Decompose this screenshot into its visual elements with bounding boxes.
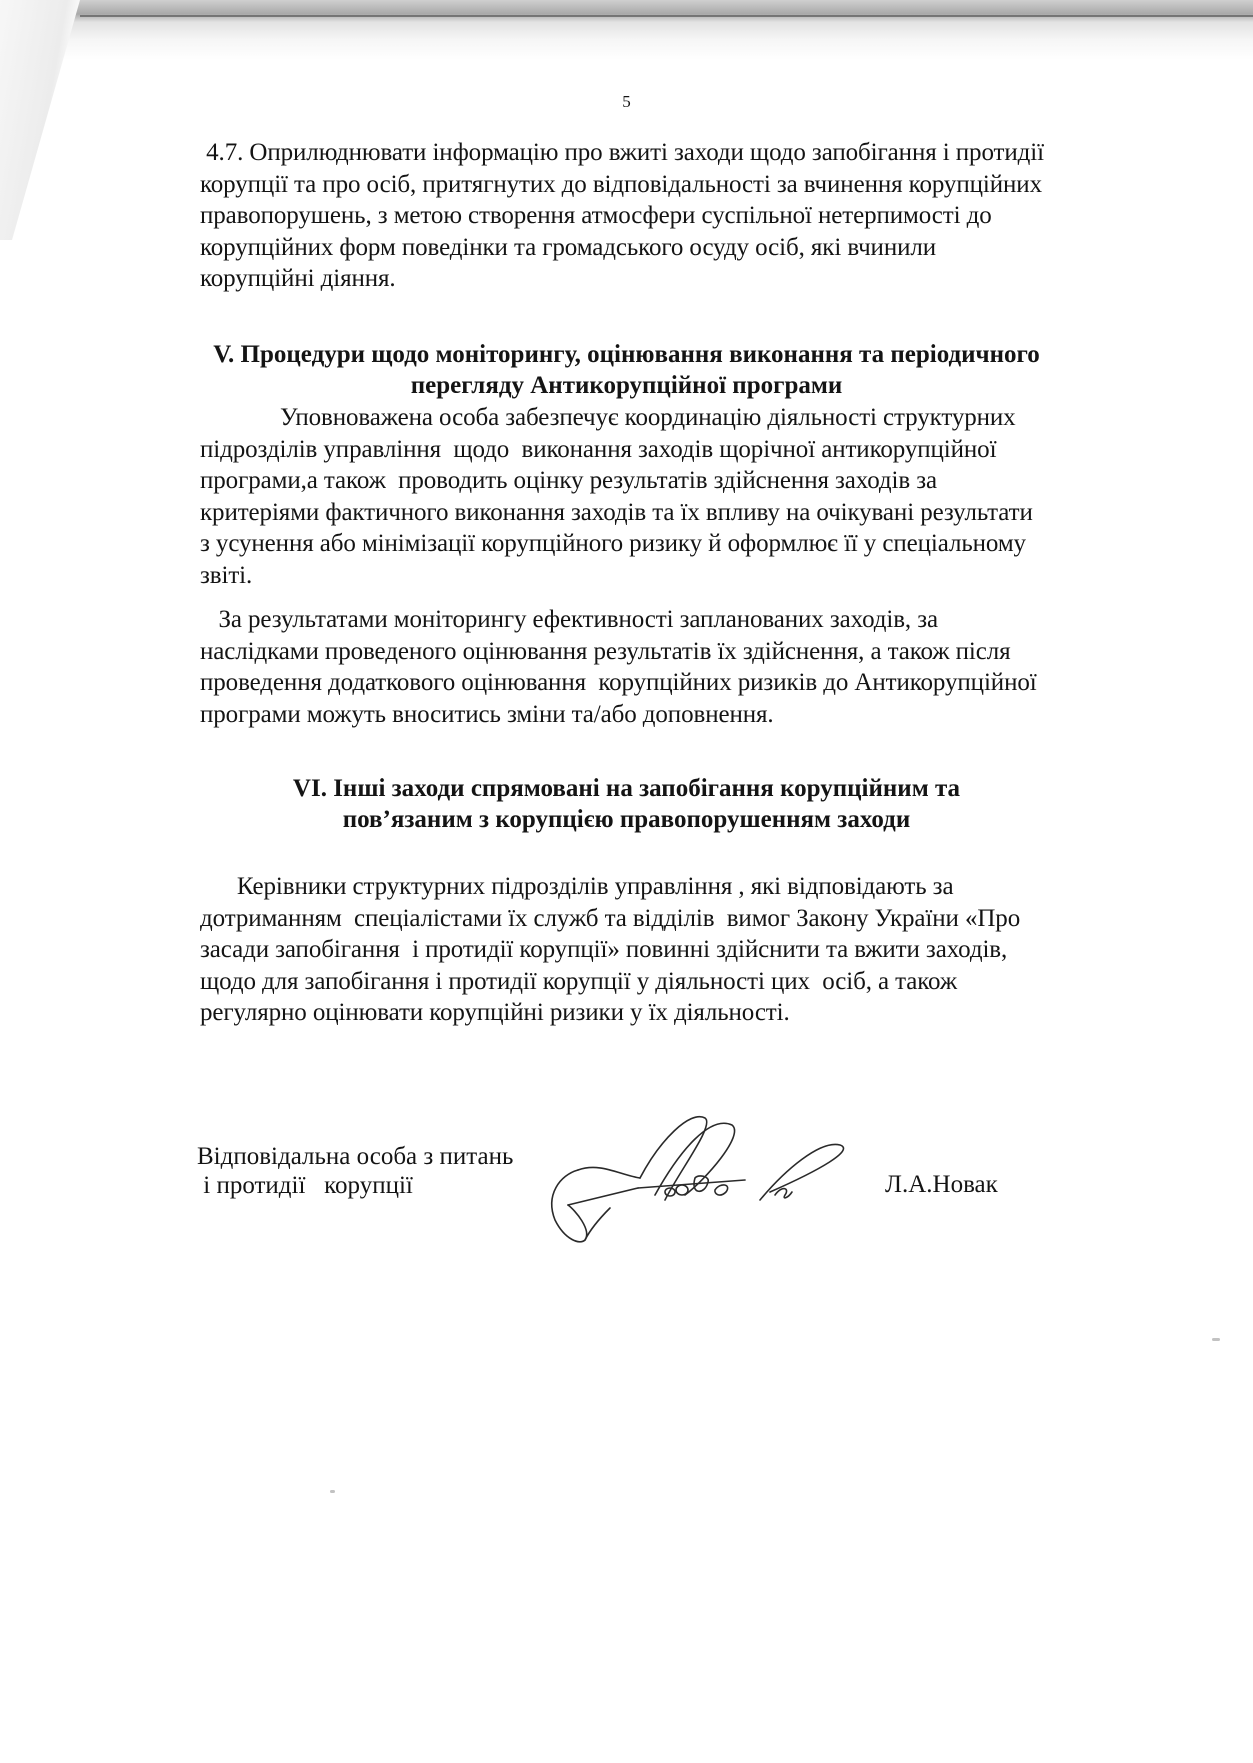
section-6-paragraph: Керівники структурних підрозділів управл…	[200, 871, 1200, 1029]
signatory-title: Відповідальна особа з питань і протидії …	[197, 1142, 513, 1200]
text-line: критеріями фактичного виконання заходів …	[200, 497, 1200, 529]
heading-line: перегляду Антикорупційної програми	[0, 370, 1253, 401]
text-line: з усунення або мінімізації корупційного …	[200, 528, 1200, 560]
text-line: засади запобігання і протидії корупції» …	[200, 934, 1200, 966]
text-line: програми,а також проводить оцінку резуль…	[200, 465, 1200, 497]
text-line: корупції та про осіб, притягнутих до від…	[200, 169, 1200, 201]
text-line: правопорушень, з метою створення атмосфе…	[200, 200, 1200, 232]
text-line: корупційних форм поведінки та громадсько…	[200, 232, 1200, 264]
text-line: Уповноважена особа забезпечує координаці…	[200, 402, 1200, 434]
scan-left-fold	[0, 0, 80, 240]
text-line: корупційні діяння.	[200, 263, 1200, 295]
text-line: регулярно оцінювати корупційні ризики у …	[200, 997, 1200, 1029]
heading-line: VI. Інші заходи спрямовані на запобіганн…	[0, 773, 1253, 804]
scan-speck	[330, 1490, 335, 1493]
text-line: За результатами моніторингу ефективності…	[200, 604, 1200, 636]
text-line: дотриманням спеціалістами їх служб та ві…	[200, 903, 1200, 935]
signatory-title-line: і протидії корупції	[197, 1171, 513, 1200]
section-5-paragraph-1: Уповноважена особа забезпечує координаці…	[200, 402, 1200, 591]
text-line: програми можуть вноситись зміни та/або д…	[200, 699, 1200, 731]
section-4-7-paragraph: 4.7. Оприлюднювати інформацію про вжиті …	[200, 137, 1200, 295]
scan-top-edge	[80, 15, 1253, 17]
text-line: 4.7. Оприлюднювати інформацію про вжиті …	[200, 137, 1200, 169]
text-line: проведення додаткового оцінювання корупц…	[200, 667, 1200, 699]
handwritten-signature-icon	[520, 1100, 860, 1250]
scan-speck	[1212, 1338, 1220, 1341]
text-line: наслідками проведеного оцінювання резуль…	[200, 636, 1200, 668]
text-line: підрозділів управління щодо виконання за…	[200, 434, 1200, 466]
section-5-paragraph-2: За результатами моніторингу ефективності…	[200, 604, 1200, 730]
signatory-name: Л.А.Новак	[885, 1170, 998, 1199]
text-line: Керівники структурних підрозділів управл…	[200, 871, 1200, 903]
signatory-title-line: Відповідальна особа з питань	[197, 1142, 513, 1171]
scan-top-shadow	[60, 0, 1253, 60]
heading-line: пов’язаним з корупцією правопорушенням з…	[0, 804, 1253, 835]
text-line: звіті.	[200, 560, 1200, 592]
page-number: 5	[0, 92, 1253, 112]
text-line: щодо для запобігання і протидії корупції…	[200, 966, 1200, 998]
section-6-heading: VI. Інші заходи спрямовані на запобіганн…	[0, 773, 1253, 835]
section-5-heading: V. Процедури щодо моніторингу, оцінюванн…	[0, 339, 1253, 401]
heading-line: V. Процедури щодо моніторингу, оцінюванн…	[0, 339, 1253, 370]
